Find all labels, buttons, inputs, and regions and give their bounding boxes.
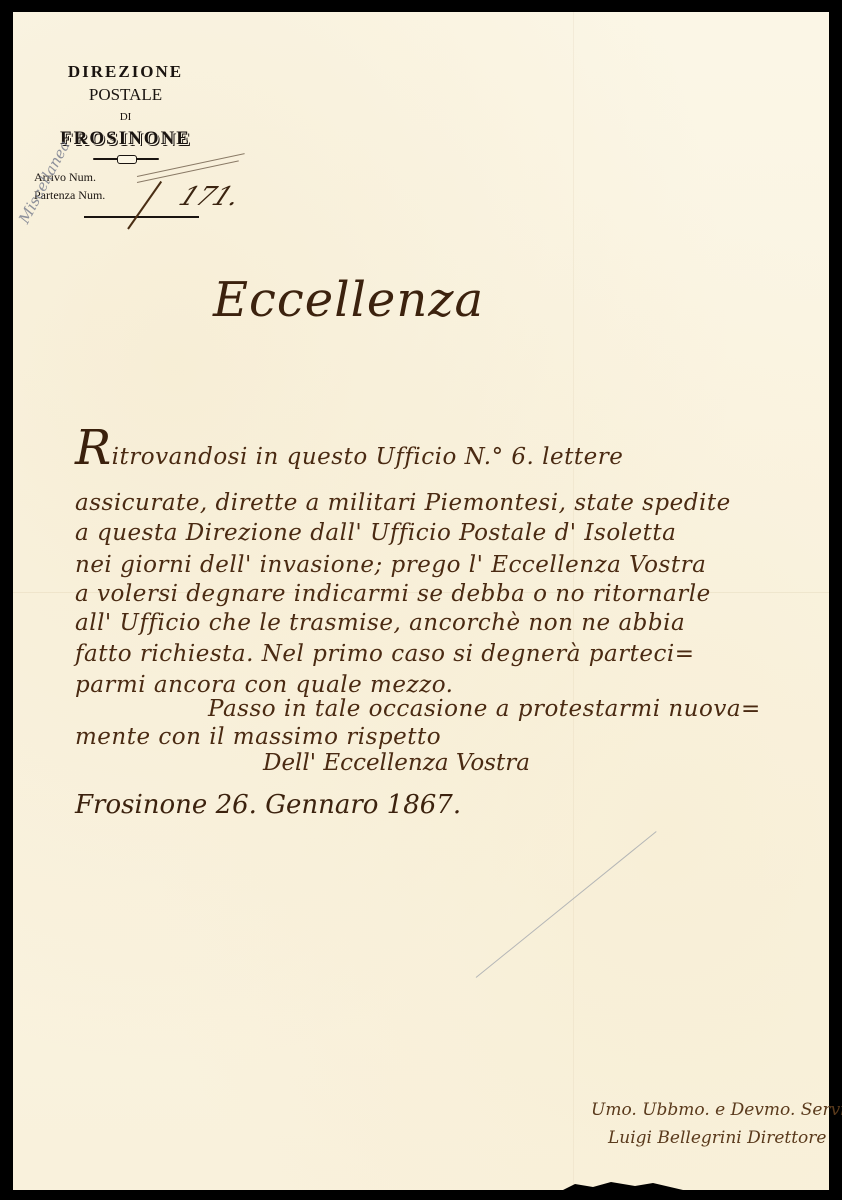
- ornament-divider-icon: [93, 156, 159, 160]
- initial-capital: R: [75, 420, 112, 476]
- torn-edge: [563, 1180, 683, 1190]
- letter-line-text: itrovandosi in questo Ufficio N.° 6. let…: [112, 444, 624, 470]
- place-date: Frosinone 26. Gennaro 1867.: [75, 790, 461, 820]
- letter-line-5: a volersi degnare indicarmi se debba o n…: [75, 581, 711, 607]
- letter-line-10: mente con il massimo rispetto: [75, 724, 441, 750]
- letter-page: DIREZIONE POSTALE DI FROSINONE Arrivo Nu…: [13, 12, 829, 1190]
- pencil-stroke: [476, 831, 657, 978]
- letterhead-direzione: DIREZIONE: [33, 62, 218, 82]
- letter-line-2: assicurate, dirette a militari Piemontes…: [75, 490, 731, 516]
- letter-line-4: nei giorni dell' invasione; prego l' Ecc…: [75, 552, 706, 578]
- protocol-number: 171.: [174, 182, 246, 212]
- signature-name: Luigi Bellegrini Direttore: [608, 1128, 826, 1148]
- letterhead-di: DI: [33, 111, 218, 123]
- pen-flourish: [127, 181, 162, 230]
- letter-line-9: Passo in tale occasione a protestarmi nu…: [208, 696, 761, 722]
- letter-line-7: fatto richiesta. Nel primo caso si degne…: [75, 641, 695, 667]
- letter-line-1: Ritrovandosi in questo Ufficio N.° 6. le…: [75, 420, 623, 476]
- closing: Dell' Eccellenza Vostra: [263, 750, 530, 776]
- letterhead-postale: POSTALE: [33, 85, 218, 105]
- letter-line-6: all' Ufficio che le trasmise, ancorchè n…: [75, 610, 685, 636]
- salutation: Eccellenza: [213, 272, 484, 328]
- letterhead-rule: [84, 216, 199, 218]
- letter-line-8: parmi ancora con quale mezzo.: [75, 672, 453, 698]
- signature-servitore: Umo. Ubbmo. e Devmo. Servitore: [591, 1100, 842, 1120]
- letter-line-3: a questa Direzione dall' Ufficio Postale…: [75, 520, 676, 546]
